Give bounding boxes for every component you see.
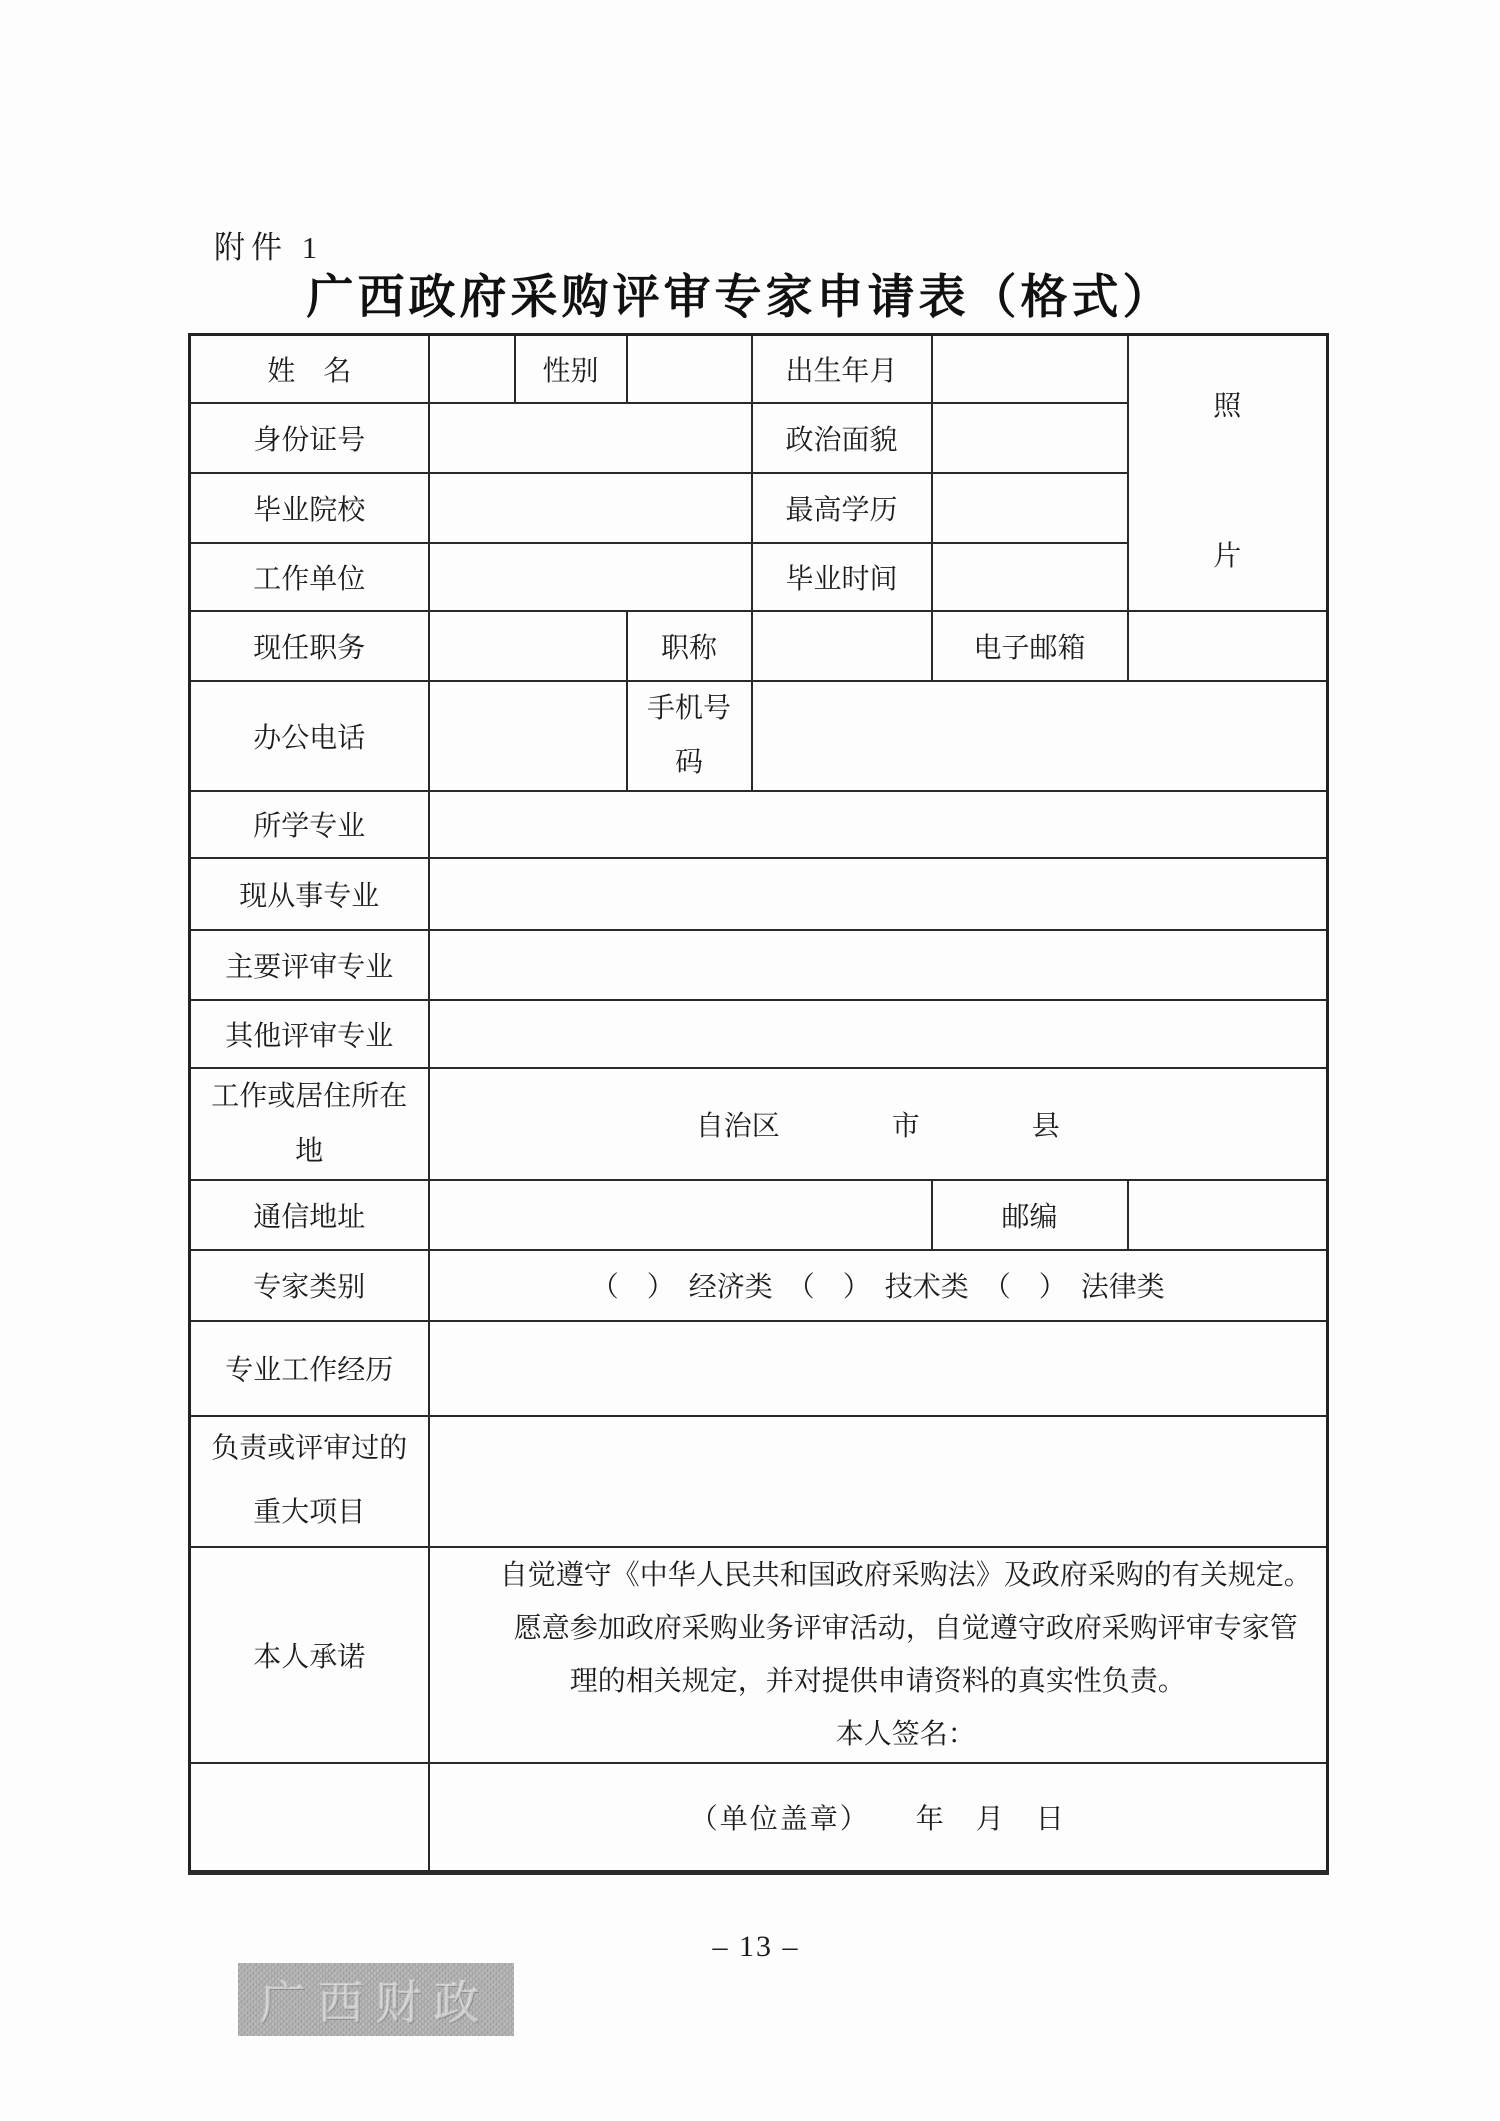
- title-value-cell: [752, 611, 932, 681]
- commitment-label-cell: 本人承诺: [190, 1547, 429, 1763]
- school-label-cell: 毕业院校: [190, 473, 429, 543]
- email-value-cell: [1128, 611, 1328, 681]
- mailing-address-value-cell: [429, 1180, 932, 1250]
- commitment-line-2: 愿意参加政府采购业务评审活动，自觉遵守政府采购评审专家管: [430, 1602, 1327, 1655]
- id-number-label-cell: 身份证号: [190, 403, 429, 473]
- mailing-address-label-cell: 通信地址: [190, 1180, 429, 1250]
- page-number: – 13 –: [0, 1930, 1500, 1964]
- photo-cell: 照 片: [1128, 335, 1328, 611]
- stamp-text: 广西财政: [260, 1967, 492, 2033]
- other-review-major-value-cell: [429, 1000, 1328, 1068]
- other-review-major-label-cell: 其他评审专业: [190, 1000, 429, 1068]
- school-value-cell: [429, 473, 752, 543]
- major-projects-label-cell: 负责或评审过的 重大项目: [190, 1416, 429, 1547]
- political-status-label-cell: 政治面貌: [752, 403, 932, 473]
- email-label-cell: 电子邮箱: [932, 611, 1128, 681]
- political-status-value-cell: [932, 403, 1128, 473]
- birth-date-value-cell: [932, 335, 1128, 403]
- page-title: 广西政府采购评审专家申请表（格式）: [190, 260, 1290, 327]
- employer-label-cell: 工作单位: [190, 543, 429, 611]
- position-label-cell: 现任职务: [190, 611, 429, 681]
- graduation-time-value-cell: [932, 543, 1128, 611]
- current-major-value-cell: [429, 858, 1328, 930]
- birth-date-label-cell: 出生年月: [752, 335, 932, 403]
- expert-category-label-cell: 专家类别: [190, 1250, 429, 1321]
- title-label-cell: 职称: [627, 611, 752, 681]
- major-studied-value-cell: [429, 791, 1328, 858]
- gender-value-cell: [627, 335, 752, 403]
- work-experience-label-cell: 专业工作经历: [190, 1321, 429, 1416]
- location-label-line1: 工作或居住所在: [191, 1069, 428, 1124]
- id-number-value-cell: [429, 403, 752, 473]
- seal-date-cell: （单位盖章） 年 月 日: [429, 1763, 1328, 1873]
- major-projects-label-line2: 重大项目: [191, 1481, 428, 1545]
- stamp: 广西财政: [238, 1963, 514, 2036]
- commitment-line-1: 自觉遵守《中华人民共和国政府采购法》及政府采购的有关规定。: [430, 1549, 1327, 1602]
- commitment-content-cell: 自觉遵守《中华人民共和国政府采购法》及政府采购的有关规定。 愿意参加政府采购业务…: [429, 1547, 1328, 1763]
- employer-value-cell: [429, 543, 752, 611]
- mobile-label-line1: 手机号: [628, 682, 751, 736]
- mobile-label-line2: 码: [628, 736, 751, 790]
- name-value-cell: [429, 335, 515, 403]
- major-projects-label-line1: 负责或评审过的: [191, 1417, 428, 1481]
- seal-row-label-cell: [190, 1763, 429, 1873]
- expert-category-options-cell: （ ） 经济类 （ ） 技术类 （ ） 法律类: [429, 1250, 1328, 1321]
- position-value-cell: [429, 611, 627, 681]
- mobile-value-cell: [752, 681, 1328, 791]
- gender-label-cell: 性别: [515, 335, 627, 403]
- current-major-label-cell: 现从事专业: [190, 858, 429, 930]
- postcode-value-cell: [1128, 1180, 1328, 1250]
- office-phone-label-cell: 办公电话: [190, 681, 429, 791]
- main-review-major-label-cell: 主要评审专业: [190, 930, 429, 1000]
- location-value-cell: 自治区 市 县: [429, 1068, 1328, 1180]
- work-experience-value-cell: [429, 1321, 1328, 1416]
- signature-label: 本人签名：: [430, 1708, 1327, 1761]
- main-review-major-value-cell: [429, 930, 1328, 1000]
- postcode-label-cell: 邮编: [932, 1180, 1128, 1250]
- name-label-cell: 姓 名: [190, 335, 429, 403]
- education-label-cell: 最高学历: [752, 473, 932, 543]
- mobile-label-cell: 手机号 码: [627, 681, 752, 791]
- major-studied-label-cell: 所学专业: [190, 791, 429, 858]
- photo-label-bottom: 片: [1129, 534, 1327, 574]
- graduation-time-label-cell: 毕业时间: [752, 543, 932, 611]
- location-label-line2: 地: [191, 1124, 428, 1179]
- major-projects-value-cell: [429, 1416, 1328, 1547]
- office-phone-value-cell: [429, 681, 627, 791]
- education-value-cell: [932, 473, 1128, 543]
- location-label-cell: 工作或居住所在 地: [190, 1068, 429, 1180]
- commitment-line-3: 理的相关规定，并对提供申请资料的真实性负责。: [430, 1655, 1327, 1708]
- photo-label-top: 照: [1129, 384, 1327, 424]
- application-form-table: 姓 名 性别 出生年月 照 片 身份证号 政治面貌 毕业院校 最高学历 工作单位…: [188, 333, 1329, 1875]
